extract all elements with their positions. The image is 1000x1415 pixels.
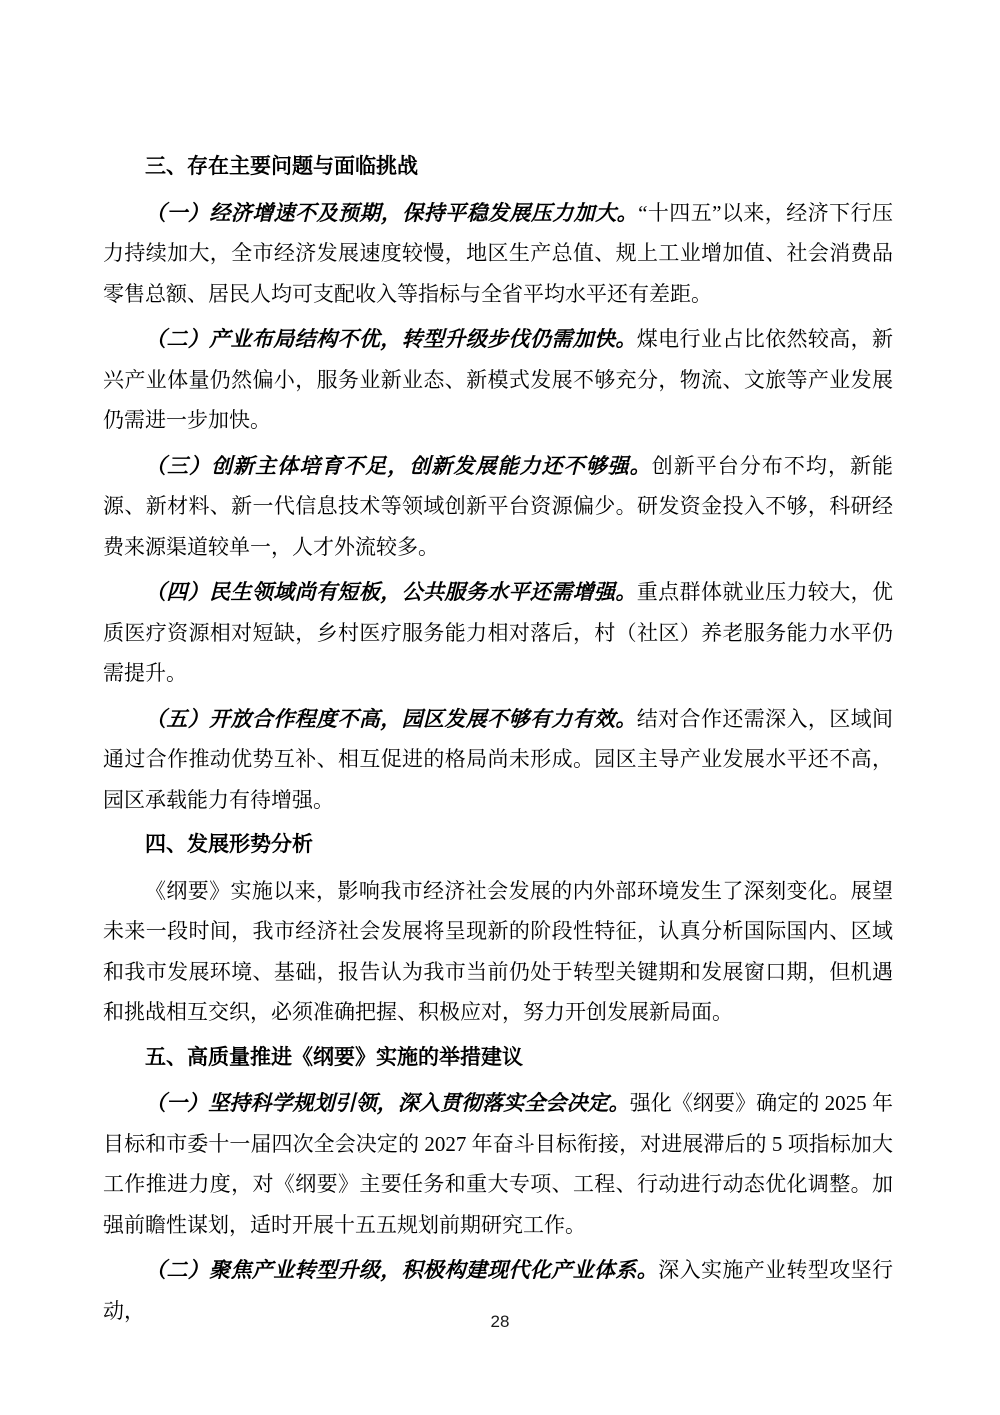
paragraph: （五）开放合作程度不高，园区发展不够有力有效。结对合作还需深入，区域间通过合作推… — [103, 699, 893, 821]
paragraph-lead: （一）坚持科学规划引领，深入贯彻落实全会决定。 — [145, 1091, 630, 1115]
paragraph: （二）产业布局结构不优，转型升级步伐仍需加快。煤电行业占比依然较高，新兴产业体量… — [103, 319, 893, 441]
section-heading-recommendations: 五、高质量推进《纲要》实施的举措建议 — [103, 1038, 893, 1079]
paragraph-text: 《纲要》实施以来，影响我市经济社会发展的内外部环境发生了深刻变化。展望未来一段时… — [103, 879, 893, 1025]
paragraph-lead: （五）开放合作程度不高，园区发展不够有力有效。 — [145, 707, 637, 731]
paragraph: （一）经济增速不及预期，保持平稳发展压力加大。“十四五”以来，经济下行压力持续加… — [103, 193, 893, 315]
page-number: 28 — [0, 1310, 1000, 1334]
paragraph: （三）创新主体培育不足，创新发展能力还不够强。创新平台分布不均，新能源、新材料、… — [103, 446, 893, 568]
paragraph: （一）坚持科学规划引领，深入贯彻落实全会决定。强化《纲要》确定的 2025 年目… — [103, 1083, 893, 1245]
paragraph-lead: （二）聚焦产业转型升级，积极构建现代化产业体系。 — [145, 1258, 658, 1282]
paragraph: 《纲要》实施以来，影响我市经济社会发展的内外部环境发生了深刻变化。展望未来一段时… — [103, 871, 893, 1033]
paragraph-lead: （三）创新主体培育不足，创新发展能力还不够强。 — [145, 454, 652, 478]
paragraph-lead: （四）民生领域尚有短板，公共服务水平还需增强。 — [145, 580, 637, 604]
paragraph-lead: （一）经济增速不及预期，保持平稳发展压力加大。 — [145, 201, 638, 225]
section-heading-problems: 三、存在主要问题与面临挑战 — [103, 147, 893, 188]
section-heading-situation-analysis: 四、发展形势分析 — [103, 825, 893, 866]
paragraph: （四）民生领域尚有短板，公共服务水平还需增强。重点群体就业压力较大，优质医疗资源… — [103, 572, 893, 694]
document-page: 三、存在主要问题与面临挑战 （一）经济增速不及预期，保持平稳发展压力加大。“十四… — [0, 0, 1000, 1415]
paragraph-lead: （二）产业布局结构不优，转型升级步伐仍需加快。 — [145, 327, 637, 351]
